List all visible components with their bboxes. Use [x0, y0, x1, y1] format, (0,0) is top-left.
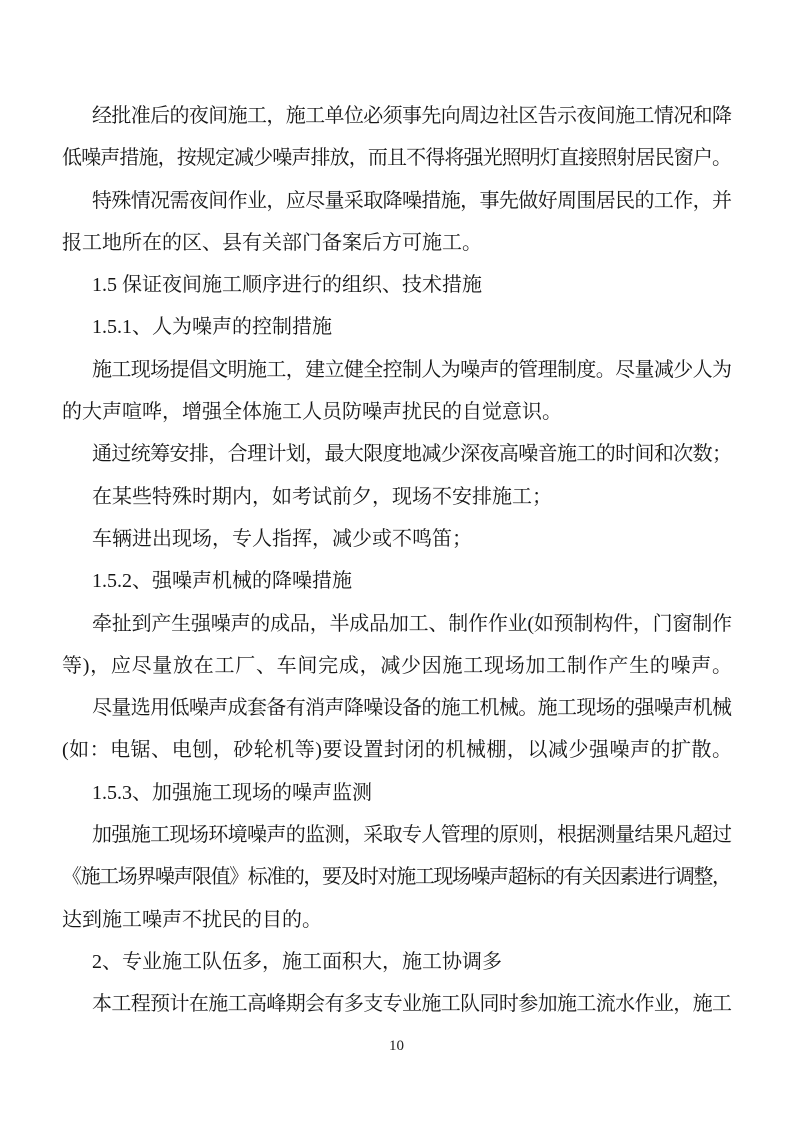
text-line-content: 达到施工噪声不扰民的目的。 [62, 899, 322, 941]
text-line-content: 1.5.1、人为噪声的控制措施 [92, 306, 332, 348]
text-line: 施工现场提倡文明施工，建立健全控制人为噪声的管理制度。尽量减少人为 [62, 349, 732, 391]
text-line: (如：电锯、电刨，砂轮机等)要设置封闭的机械棚，以减少强噪声的扩散。 [62, 729, 732, 771]
text-line: 在某些特殊时期内，如考试前夕，现场不安排施工； [62, 476, 732, 518]
text-line: 1.5 保证夜间施工顺序进行的组织、技术措施 [62, 264, 732, 306]
document-body: 经批准后的夜间施工，施工单位必须事先向周边社区告示夜间施工情况和降低噪声措施，按… [62, 95, 732, 1026]
text-line-content: 低噪声措施，按规定减少噪声排放，而且不得将强光照明灯直接照射居民窗户。 [62, 137, 731, 179]
text-line-content: 本工程预计在施工高峰期会有多支专业施工队同时参加施工流水作业，施工 [92, 983, 731, 1025]
text-line: 牵扯到产生强噪声的成品，半成品加工、制作作业(如预制构件，门窗制作 [62, 603, 732, 645]
text-line: 通过统筹安排，合理计划，最大限度地减少深夜高噪音施工的时间和次数； [62, 433, 732, 475]
text-line: 等)，应尽量放在工厂、车间完成，减少因施工现场加工制作产生的噪声。 [62, 645, 732, 687]
text-line-content: 通过统筹安排，合理计划，最大限度地减少深夜高噪音施工的时间和次数； [92, 433, 731, 475]
text-line-content: 经批准后的夜间施工，施工单位必须事先向周边社区告示夜间施工情况和降 [92, 95, 731, 137]
text-line-content: 特殊情况需夜间作业，应尽量采取降噪措施，事先做好周围居民的工作，并 [92, 180, 731, 222]
text-line-content: 2、专业施工队伍多，施工面积大，施工协调多 [92, 941, 502, 983]
text-line-content: 1.5.3、加强施工现场的噪声监测 [92, 772, 372, 814]
text-line-content: 在某些特殊时期内，如考试前夕，现场不安排施工； [92, 476, 552, 518]
text-line-content: 等)，应尽量放在工厂、车间完成，减少因施工现场加工制作产生的噪声。 [62, 645, 733, 687]
text-line-content: 车辆进出现场，专人指挥，减少或不鸣笛； [92, 518, 472, 560]
text-line-content: 1.5 保证夜间施工顺序进行的组织、技术措施 [92, 264, 482, 306]
text-line: 加强施工现场环境噪声的监测，采取专人管理的原则，根据测量结果凡超过 [62, 814, 732, 856]
text-line-content: 1.5.2、强噪声机械的降噪措施 [92, 560, 352, 602]
text-line: 尽量选用低噪声成套备有消声降噪设备的施工机械。施工现场的强噪声机械 [62, 687, 732, 729]
text-line: 报工地所在的区、县有关部门备案后方可施工。 [62, 222, 732, 264]
text-line-content: 的大声喧哗，增强全体施工人员防噪声扰民的自觉意识。 [62, 391, 562, 433]
text-line-content: 加强施工现场环境噪声的监测，采取专人管理的原则，根据测量结果凡超过 [92, 814, 731, 856]
text-line-content: 《施工场界噪声限值》标准的，要及时对施工现场噪声超标的有关因素进行调整， [62, 856, 731, 898]
text-line-content: 牵扯到产生强噪声的成品，半成品加工、制作作业(如预制构件，门窗制作 [92, 603, 732, 645]
text-line: 《施工场界噪声限值》标准的，要及时对施工现场噪声超标的有关因素进行调整， [62, 856, 732, 898]
text-line: 1.5.2、强噪声机械的降噪措施 [62, 560, 732, 602]
document-page: 经批准后的夜间施工，施工单位必须事先向周边社区告示夜间施工情况和降低噪声措施，按… [0, 0, 793, 1122]
text-line: 2、专业施工队伍多，施工面积大，施工协调多 [62, 941, 732, 983]
text-line-content: 报工地所在的区、县有关部门备案后方可施工。 [62, 222, 482, 264]
text-line-content: (如：电锯、电刨，砂轮机等)要设置封闭的机械棚，以减少强噪声的扩散。 [62, 729, 733, 771]
text-line: 经批准后的夜间施工，施工单位必须事先向周边社区告示夜间施工情况和降 [62, 95, 732, 137]
text-line: 特殊情况需夜间作业，应尽量采取降噪措施，事先做好周围居民的工作，并 [62, 180, 732, 222]
text-line-content: 尽量选用低噪声成套备有消声降噪设备的施工机械。施工现场的强噪声机械 [92, 687, 731, 729]
text-line: 车辆进出现场，专人指挥，减少或不鸣笛； [62, 518, 732, 560]
text-line: 本工程预计在施工高峰期会有多支专业施工队同时参加施工流水作业，施工 [62, 983, 732, 1025]
page-number: 10 [0, 1036, 793, 1056]
text-line-content: 施工现场提倡文明施工，建立健全控制人为噪声的管理制度。尽量减少人为 [92, 349, 731, 391]
text-line: 低噪声措施，按规定减少噪声排放，而且不得将强光照明灯直接照射居民窗户。 [62, 137, 732, 179]
text-line: 1.5.3、加强施工现场的噪声监测 [62, 772, 732, 814]
text-line: 的大声喧哗，增强全体施工人员防噪声扰民的自觉意识。 [62, 391, 732, 433]
text-line: 1.5.1、人为噪声的控制措施 [62, 306, 732, 348]
text-line: 达到施工噪声不扰民的目的。 [62, 899, 732, 941]
